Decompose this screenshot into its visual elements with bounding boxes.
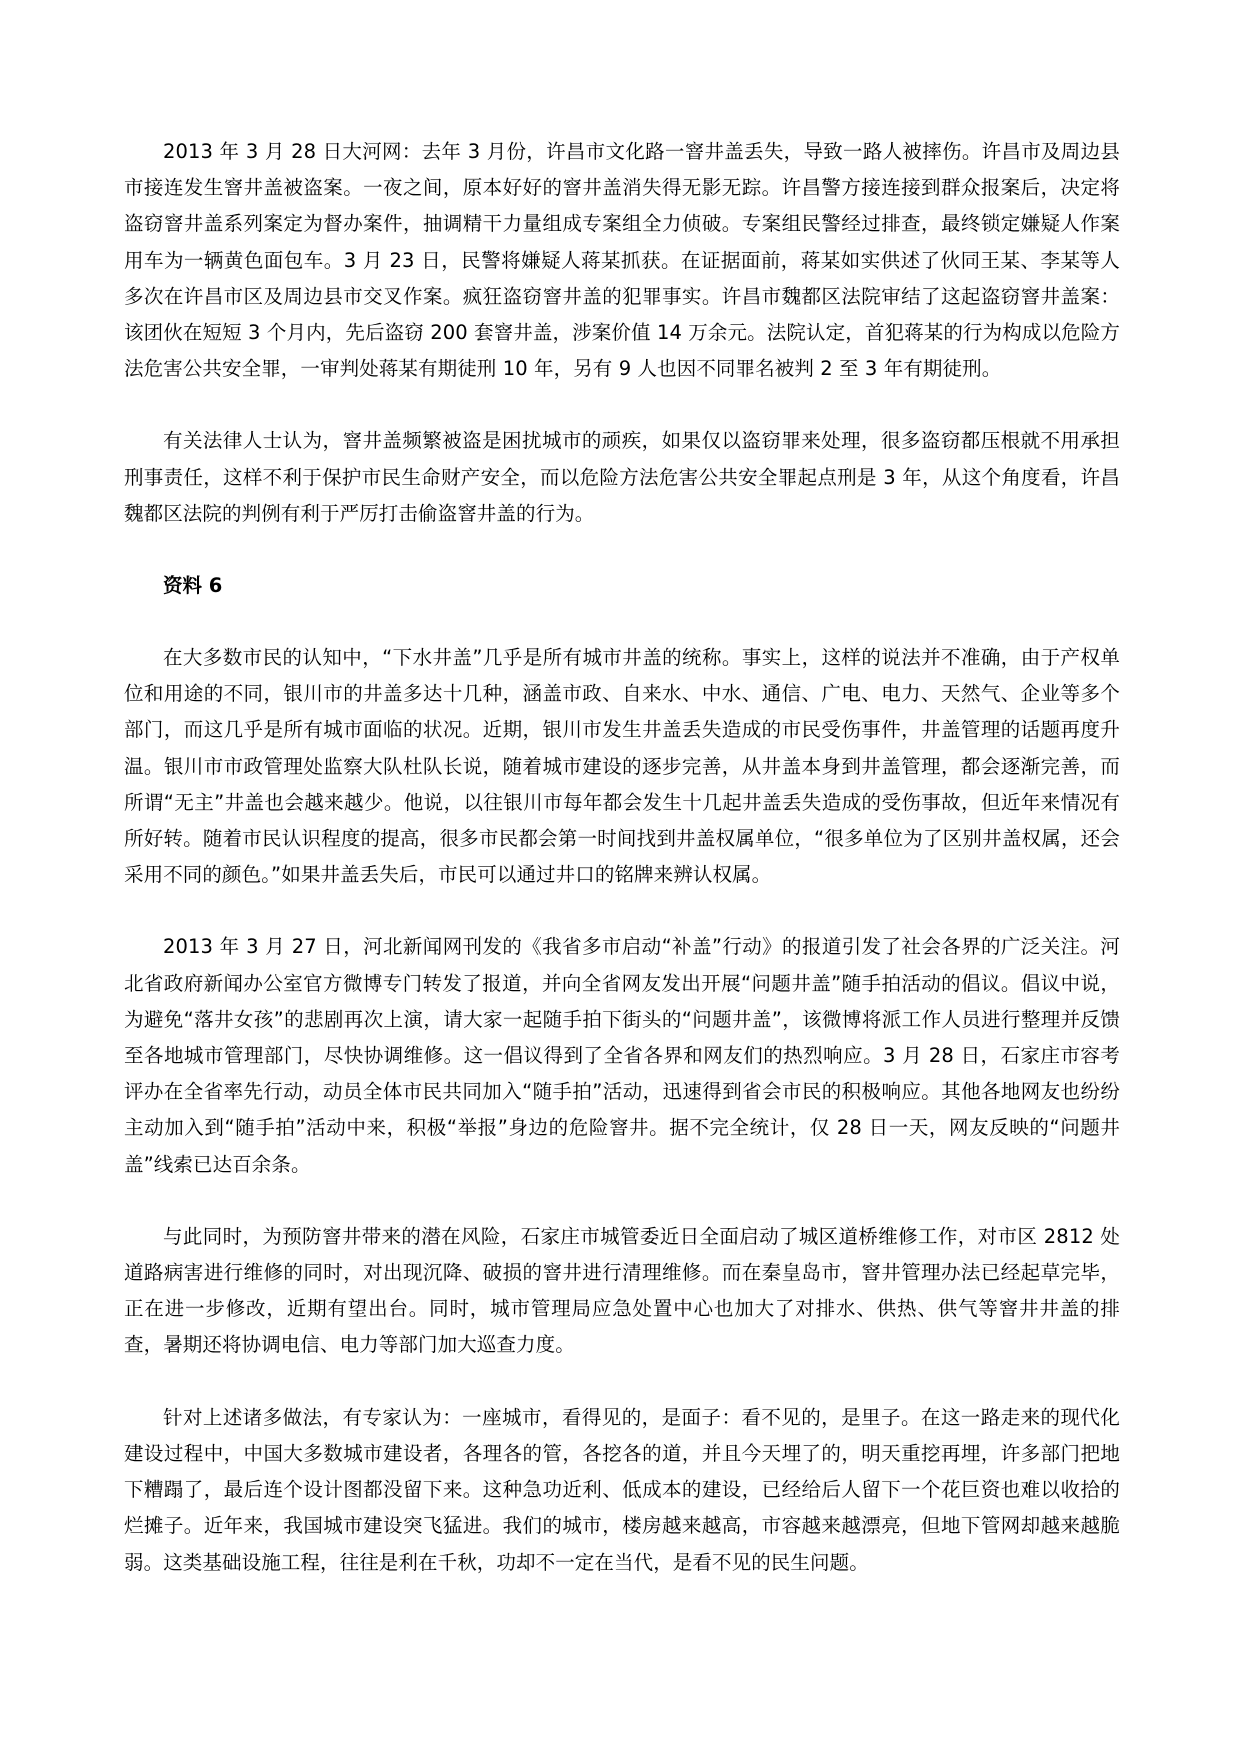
paragraph-yinchuan-manhole-management: 在大多数市民的认知中，“下水井盖”几乎是所有城市井盖的统称。事实上，这样的说法并… xyxy=(124,640,1120,893)
paragraph-legal-expert-opinion: 有关法律人士认为，窨井盖频繁被盗是困扰城市的顽疾，如果仅以盗窃罪来处理，很多盗窃… xyxy=(124,423,1120,532)
section-heading-material-6: 资料 6 xyxy=(124,568,1120,604)
paragraph-expert-underground-infrastructure: 针对上述诸多做法，有专家认为：一座城市，看得见的，是面子：看不见的，是里子。在这… xyxy=(124,1400,1120,1581)
paragraph-hebei-photo-campaign: 2013 年 3 月 27 日，河北新闻网刊发的《我省多市启动“补盖”行动》的报… xyxy=(124,929,1120,1182)
paragraph-xuchang-manhole-theft-case: 2013 年 3 月 28 日大河网：去年 3 月份，许昌市文化路一窨井盖丢失，… xyxy=(124,134,1120,387)
paragraph-shijiazhuang-qinhuangdao-repairs: 与此同时，为预防窨井带来的潜在风险，石家庄市城管委近日全面启动了城区道桥维修工作… xyxy=(124,1219,1120,1364)
document-page: 2013 年 3 月 28 日大河网：去年 3 月份，许昌市文化路一窨井盖丢失，… xyxy=(124,134,1120,1617)
